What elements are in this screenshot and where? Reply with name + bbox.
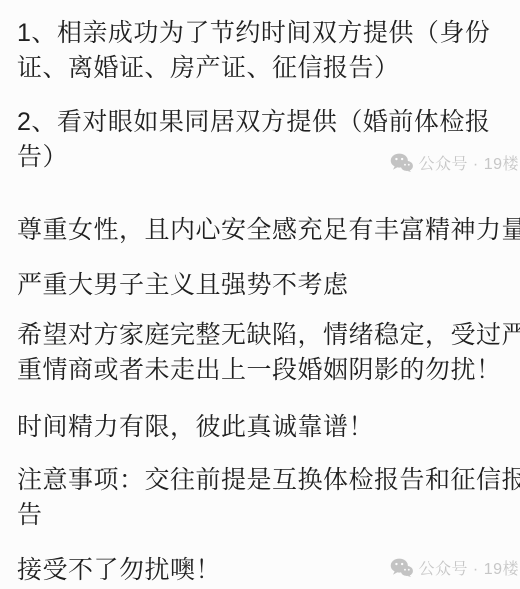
wechat-icon: [390, 558, 413, 577]
paragraph-family-expectation: 希望对方家庭完整无缺陷，情绪稳定，受过严 重情商或者未走出上一段婚姻阴影的勿扰！: [17, 318, 520, 388]
text-line: 重情商或者未走出上一段婚姻阴影的勿扰！: [17, 353, 520, 388]
paragraph-rule-1: 1、相亲成功为了节约时间双方提供（身份 证、离婚证、房产证、征信报告）: [17, 16, 520, 86]
post-page: 1、相亲成功为了节约时间双方提供（身份 证、离婚证、房产证、征信报告） 2、看对…: [0, 0, 520, 589]
text-line: 时间精力有限，彼此真诚靠谱！: [17, 410, 520, 445]
watermark-bottom: 公众号 · 19楼: [390, 556, 519, 579]
text-line: 注意事项：交往前提是互换体检报告和征信报: [17, 463, 520, 498]
paragraph-respect: 尊重女性，且内心安全感充足有丰富精神力量: [17, 213, 520, 248]
wechat-icon: [390, 153, 413, 172]
text-line: 希望对方家庭完整无缺陷，情绪稳定，受过严: [17, 318, 520, 353]
text-line: 2、看对眼如果同居双方提供（婚前体检报: [17, 105, 520, 140]
text-line: 严重大男子主义且强势不考虑: [17, 268, 520, 303]
watermark-label: 公众号 · 19楼: [418, 556, 519, 579]
text-line: 尊重女性，且内心安全感充足有丰富精神力量: [17, 213, 520, 248]
text-line: 证、离婚证、房产证、征信报告）: [17, 51, 520, 86]
post-body-text: 1、相亲成功为了节约时间双方提供（身份 证、离婚证、房产证、征信报告） 2、看对…: [0, 0, 520, 588]
text-line: 1、相亲成功为了节约时间双方提供（身份: [17, 16, 520, 51]
text-line: 告: [17, 498, 520, 533]
paragraph-sincerity: 时间精力有限，彼此真诚靠谱！: [17, 410, 520, 445]
paragraph-no-machismo: 严重大男子主义且强势不考虑: [17, 268, 520, 303]
watermark-top: 公众号 · 19楼: [390, 151, 519, 174]
paragraph-notice: 注意事项：交往前提是互换体检报告和征信报 告: [17, 463, 520, 533]
watermark-label: 公众号 · 19楼: [418, 151, 519, 174]
